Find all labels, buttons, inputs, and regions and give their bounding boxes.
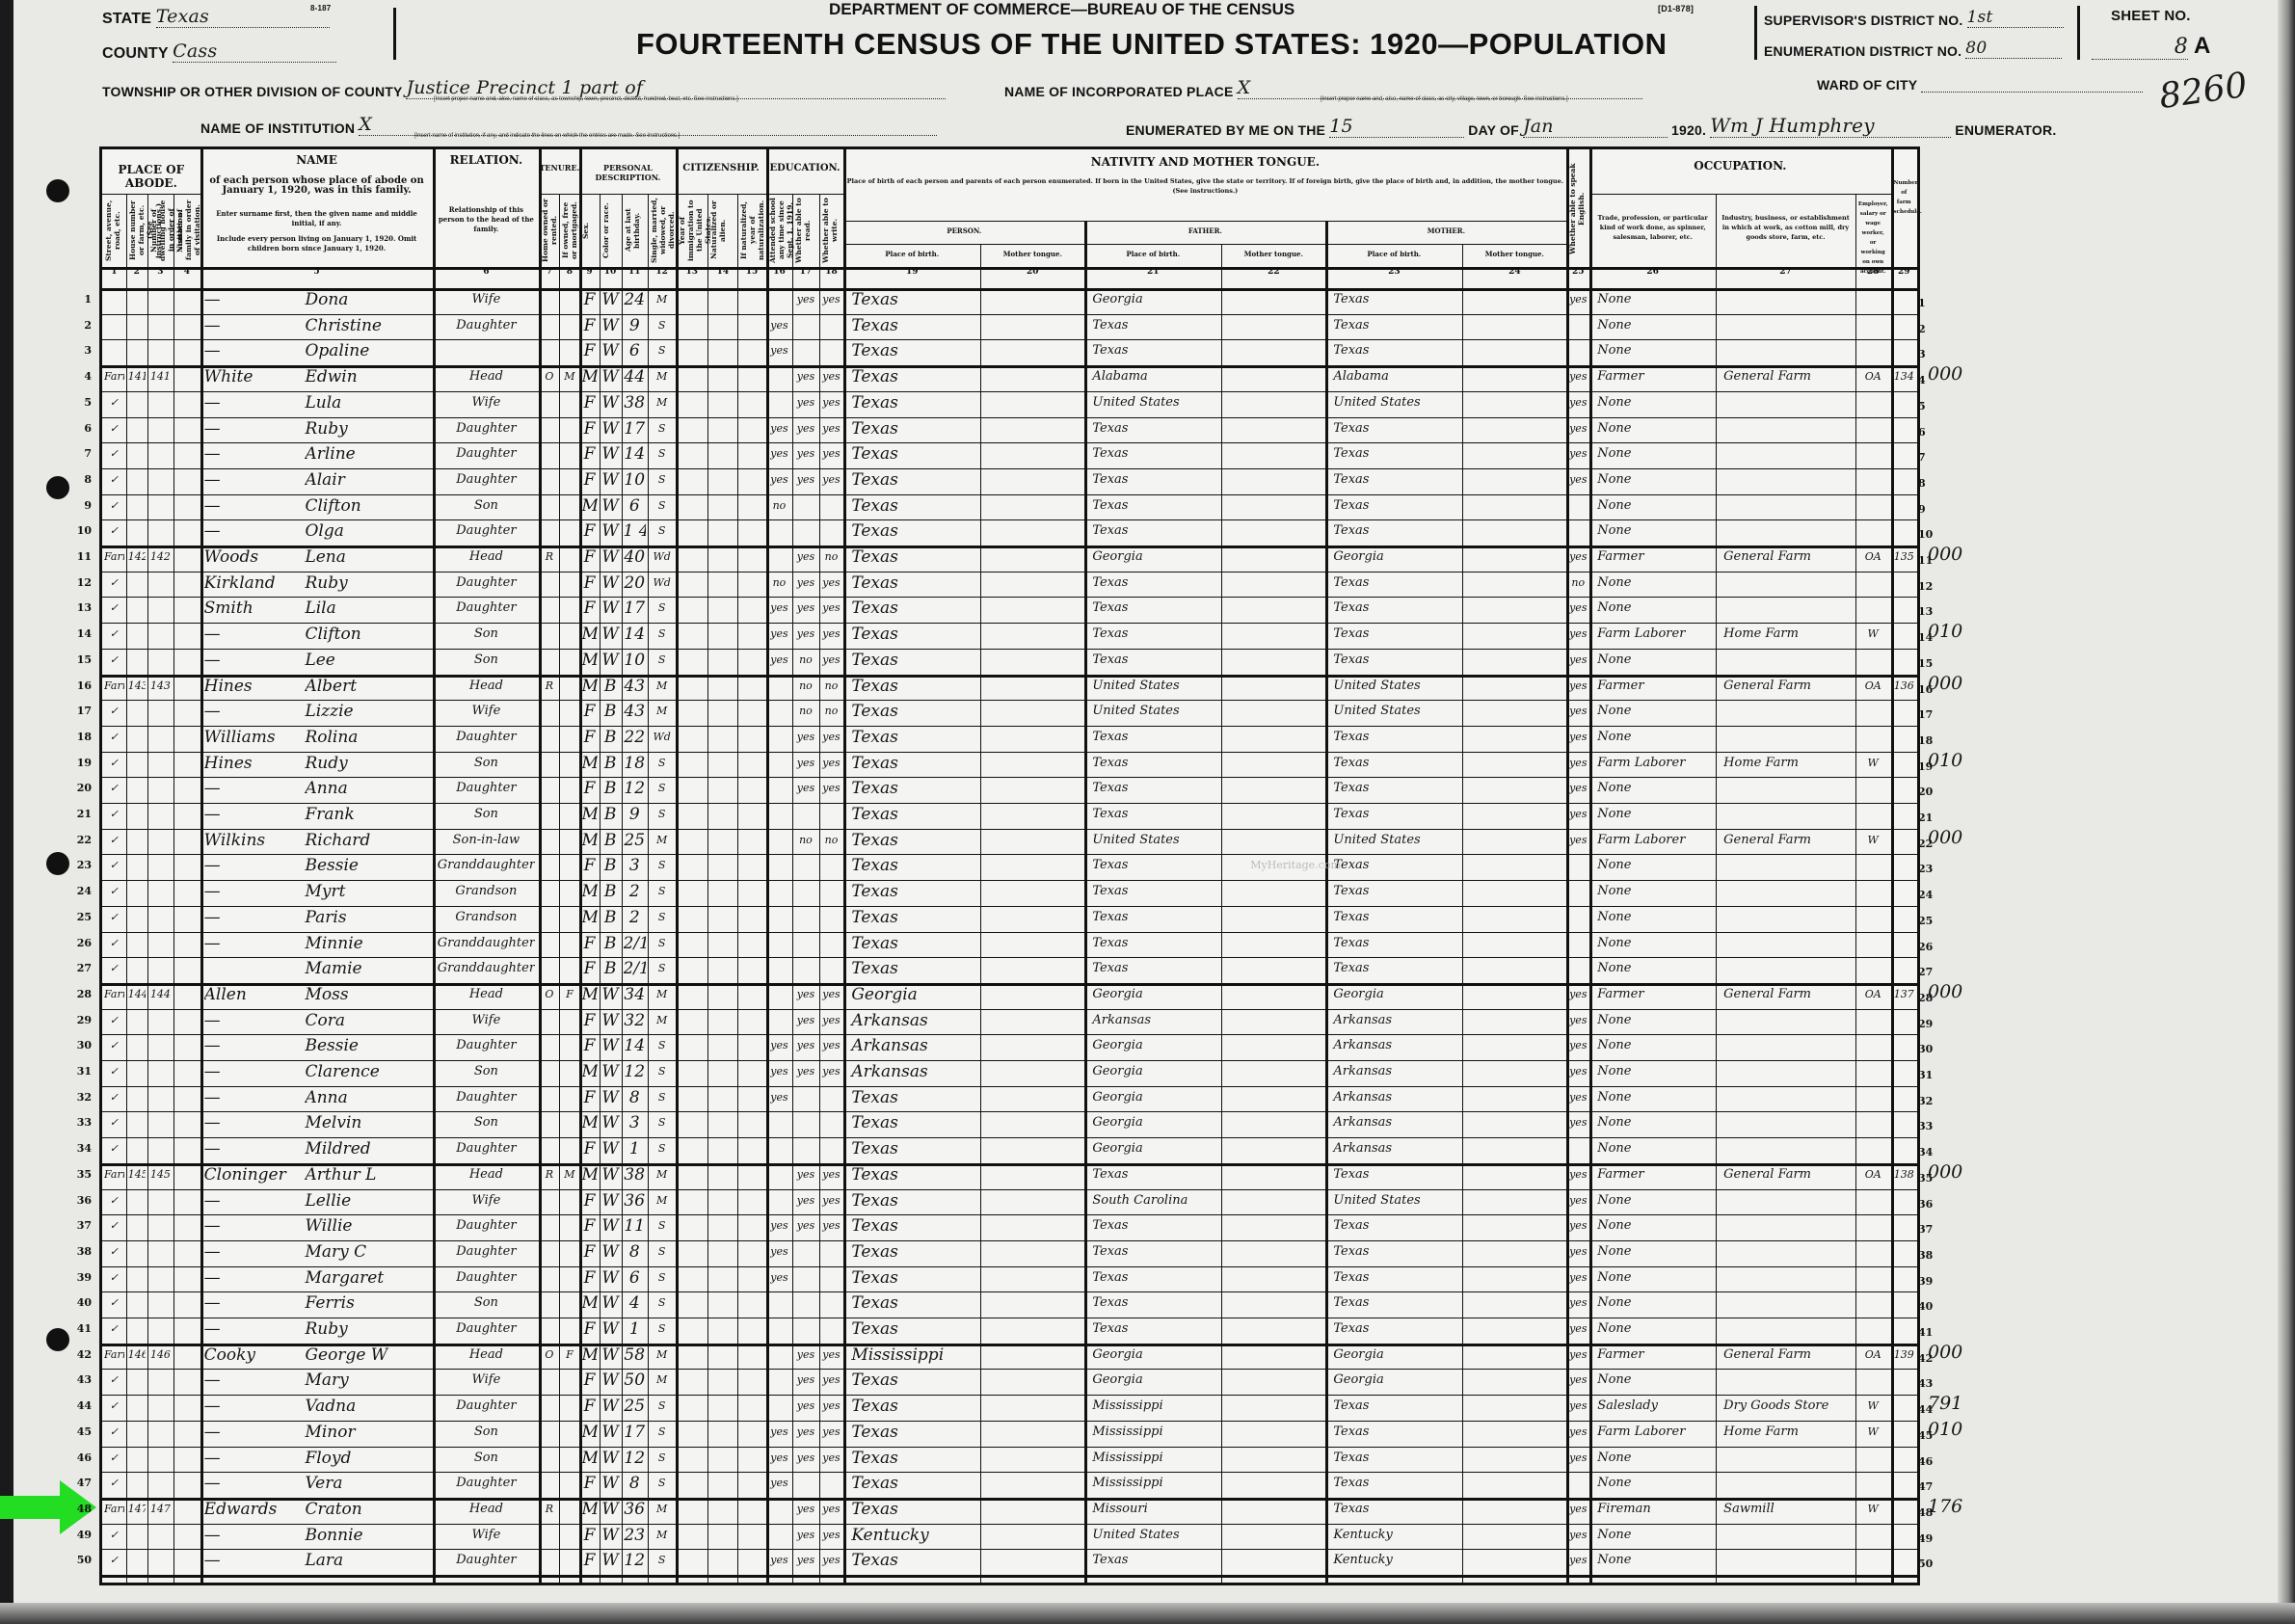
cell-write — [821, 1086, 842, 1112]
cell-class — [1857, 597, 1889, 623]
cell-street: ✓ — [104, 519, 124, 546]
cell-father-birth: Texas — [1086, 494, 1225, 520]
cell-farm: 135 — [1893, 546, 1915, 572]
cell-street: Farm — [104, 675, 124, 701]
cell-trade: None — [1591, 1086, 1720, 1112]
cell-dwelling — [149, 597, 172, 623]
cell-mother-birth: Texas — [1327, 777, 1466, 803]
cell-english: yes — [1568, 777, 1588, 803]
cell-relation: Daughter — [437, 1214, 535, 1240]
cell-trade: None — [1591, 803, 1720, 829]
cell-house — [128, 1549, 146, 1575]
enumerated-label: ENUMERATED BY ME ON THE — [1126, 122, 1325, 138]
cell-class — [1857, 777, 1889, 803]
cell-given-name: Floyd — [305, 1447, 429, 1473]
cell-sex: F — [581, 288, 597, 314]
cell-mort — [561, 1240, 577, 1266]
cell-read: yes — [794, 288, 816, 314]
line-number: 5 — [70, 396, 92, 409]
cell-birth: Texas — [845, 957, 984, 983]
cell-given-name: Rolina — [305, 726, 429, 752]
cell-mort — [561, 854, 577, 880]
cell-industry — [1718, 339, 1859, 365]
cell-house — [128, 597, 146, 623]
cell-relation: Wife — [437, 288, 535, 314]
column-number: 28 — [1855, 267, 1891, 286]
cell-school — [768, 675, 790, 701]
cell-class — [1857, 417, 1889, 443]
cell-dwelling — [149, 1034, 172, 1060]
line-number: 6 — [1918, 426, 1939, 439]
cell-dwelling — [149, 1395, 172, 1421]
cell-surname: — — [204, 1111, 303, 1137]
cell-write — [821, 803, 842, 829]
cell-house — [128, 829, 146, 855]
cell-relation: Head — [437, 983, 535, 1009]
cell-given-name: Lena — [305, 546, 429, 572]
coding-mark: 000 — [1928, 362, 1962, 386]
table-row: ✓FW8SyesTexasMississippiTexasNone—VeraDa… — [102, 1472, 1917, 1498]
cell-surname: — — [204, 623, 303, 649]
cell-read: yes — [794, 597, 816, 623]
cell-industry — [1718, 1189, 1859, 1215]
table-row: Farm144144OFMW34MyesyesGeorgiaGeorgiaGeo… — [102, 983, 1917, 1009]
cell-age: 38 — [624, 1163, 646, 1189]
cell-write: yes — [821, 1421, 842, 1447]
cell-farm — [1893, 700, 1915, 726]
cell-dwelling — [149, 880, 172, 906]
cell-school — [768, 391, 790, 417]
cell-given-name: Bonnie — [305, 1524, 429, 1550]
cell-street: ✓ — [104, 468, 124, 494]
cell-farm — [1893, 1395, 1915, 1421]
cell-relation: Son — [437, 623, 535, 649]
cell-english — [1568, 880, 1588, 906]
cell-write — [821, 1291, 842, 1318]
cell-school — [768, 932, 790, 958]
table-row: ✓FW17SyesyesyesTexasTexasTexasyesNoneSmi… — [102, 597, 1917, 623]
line-number: 43 — [70, 1373, 92, 1386]
cell-school: yes — [768, 468, 790, 494]
table-row: ✓FW50MyesyesTexasGeorgiaGeorgiayesNone—M… — [102, 1369, 1917, 1395]
cell-sex: M — [581, 1163, 597, 1189]
cell-surname: — — [204, 1472, 303, 1498]
cell-age: 3 — [624, 1111, 646, 1137]
cell-mother-birth: Texas — [1327, 1240, 1466, 1266]
cell-own — [541, 1447, 557, 1473]
cell-father-birth: Mississippi — [1086, 1421, 1225, 1447]
line-number: 34 — [1918, 1146, 1939, 1158]
cell-farm — [1893, 1447, 1915, 1473]
cell-write: yes — [821, 1034, 842, 1060]
cell-mother-birth: Arkansas — [1327, 1060, 1466, 1086]
cell-trade: None — [1591, 700, 1720, 726]
cell-english: yes — [1568, 546, 1588, 572]
cell-class — [1857, 468, 1889, 494]
cell-house: 143 — [128, 675, 146, 701]
line-number: 17 — [70, 705, 92, 717]
line-number: 49 — [70, 1529, 92, 1541]
line-number: 21 — [70, 808, 92, 820]
cell-industry — [1718, 1086, 1859, 1112]
cell-mother-birth: Texas — [1327, 932, 1466, 958]
header-vertical-c13: Year of immigration to the United States… — [678, 198, 706, 263]
cell-trade: None — [1591, 1291, 1720, 1318]
cell-race: B — [601, 752, 620, 778]
cell-own: R — [541, 546, 557, 572]
cell-dwelling — [149, 700, 172, 726]
enumerator-name: Wm J Humphrey — [1710, 114, 1951, 138]
coding-mark: 010 — [1928, 749, 1962, 772]
cell-farm — [1893, 1318, 1915, 1344]
cell-birth: Texas — [845, 468, 984, 494]
cell-mother-birth: Texas — [1327, 957, 1466, 983]
cell-school — [768, 1137, 790, 1163]
cell-street — [104, 314, 124, 340]
cell-mort — [561, 519, 577, 546]
line-number: 30 — [70, 1039, 92, 1052]
sheet-field: 8 A — [2092, 33, 2211, 60]
cell-marital: M — [650, 288, 674, 314]
cell-given-name: Opaline — [305, 339, 429, 365]
cell-industry — [1718, 519, 1859, 546]
header-personal-description: PERSONAL DESCRIPTION. — [579, 163, 676, 182]
cell-street: ✓ — [104, 1472, 124, 1498]
cell-english: yes — [1568, 1318, 1588, 1344]
cell-relation: Daughter — [437, 1318, 535, 1344]
cell-given-name: Willie — [305, 1214, 429, 1240]
table-row: ✓MW12SyesyesyesTexasMississippiTexasyesN… — [102, 1447, 1917, 1473]
cell-write — [821, 1472, 842, 1498]
cell-marital: S — [650, 1472, 674, 1498]
cell-mother-birth: Texas — [1327, 1214, 1466, 1240]
header-vertical-c25: Whether able to speak English. — [1568, 155, 1588, 263]
cell-sex: F — [581, 957, 597, 983]
cell-age: 17 — [624, 1421, 646, 1447]
enumerated-month: Jan — [1523, 116, 1668, 138]
coding-mark: 176 — [1928, 1495, 1962, 1518]
cell-class — [1857, 1189, 1889, 1215]
cell-own — [541, 1549, 557, 1575]
cell-write — [821, 880, 842, 906]
cell-marital: S — [650, 1240, 674, 1266]
cell-farm — [1893, 442, 1915, 468]
header-divider — [1589, 194, 1890, 195]
cell-mort — [561, 649, 577, 675]
cell-write: no — [821, 700, 842, 726]
cell-father-birth: Texas — [1086, 906, 1225, 932]
cell-english: yes — [1568, 1344, 1588, 1370]
cell-read: yes — [794, 1524, 816, 1550]
cell-dwelling: 142 — [149, 546, 172, 572]
cell-marital: S — [650, 777, 674, 803]
cell-dwelling — [149, 1421, 172, 1447]
header-vertical-c18: Whether able to write. — [821, 198, 842, 263]
line-number: 20 — [70, 782, 92, 794]
cell-farm — [1893, 752, 1915, 778]
cell-birth: Arkansas — [845, 1009, 984, 1035]
cell-school: yes — [768, 1240, 790, 1266]
cell-marital: S — [650, 1034, 674, 1060]
cell-relation: Son — [437, 1291, 535, 1318]
table-row: ✓FB12SyesyesTexasTexasTexasyesNone—AnnaD… — [102, 777, 1917, 803]
cell-industry — [1718, 803, 1859, 829]
cell-write — [821, 1137, 842, 1163]
cell-father-birth: Texas — [1086, 314, 1225, 340]
cell-school: yes — [768, 649, 790, 675]
cell-father-birth: Texas — [1086, 597, 1225, 623]
cell-sex: M — [581, 829, 597, 855]
cell-birth: Texas — [845, 1240, 984, 1266]
line-number: 25 — [70, 911, 92, 923]
cell-surname: — — [204, 1549, 303, 1575]
coding-mark: 000 — [1928, 1341, 1962, 1364]
table-row: ✓FW8SyesTexasGeorgiaArkansasyesNone—Anna… — [102, 1086, 1917, 1112]
cell-read: no — [794, 675, 816, 701]
cell-dwelling: 144 — [149, 983, 172, 1009]
header-vertical-c4: Number of family in order of visitation. — [175, 198, 198, 263]
cell-house — [128, 752, 146, 778]
cell-mort — [561, 1472, 577, 1498]
cell-read: yes — [794, 623, 816, 649]
cell-street — [104, 288, 124, 314]
cell-dwelling — [149, 854, 172, 880]
cell-read: no — [794, 829, 816, 855]
cell-dwelling: 143 — [149, 675, 172, 701]
header-father: FATHER. — [1087, 226, 1322, 236]
column-number: 29 — [1891, 267, 1917, 286]
cell-school — [768, 1163, 790, 1189]
cell-trade: Farmer — [1591, 675, 1720, 701]
cell-trade: None — [1591, 1524, 1720, 1550]
cell-industry — [1718, 1240, 1859, 1266]
header-place-of-abode: PLACE OF ABODE. — [102, 163, 200, 190]
cell-birth: Texas — [845, 1111, 984, 1137]
cell-father-birth: Texas — [1086, 519, 1225, 546]
line-number: 31 — [70, 1065, 92, 1078]
cell-race: B — [601, 932, 620, 958]
cell-birth: Texas — [845, 726, 984, 752]
cell-marital: S — [650, 1447, 674, 1473]
cell-mort — [561, 1137, 577, 1163]
cell-house — [128, 339, 146, 365]
cell-english: yes — [1568, 1291, 1588, 1318]
cell-dwelling — [149, 1291, 172, 1318]
cell-relation: Daughter — [437, 1472, 535, 1498]
cell-age: 34 — [624, 983, 646, 1009]
cell-dwelling — [149, 288, 172, 314]
cell-own — [541, 649, 557, 675]
header-vertical-c12: Single, married, widowed, or divorced. — [650, 198, 674, 263]
cell-sex: M — [581, 1291, 597, 1318]
cell-surname: — — [204, 468, 303, 494]
header-vertical-c2: House number or farm, etc. (See instruct… — [128, 198, 146, 263]
cell-sex: F — [581, 1369, 597, 1395]
cell-race: W — [601, 1549, 620, 1575]
cell-relation: Daughter — [437, 1266, 535, 1292]
cell-class: W — [1857, 1395, 1889, 1421]
cell-relation: Head — [437, 1344, 535, 1370]
cell-mother-birth: Texas — [1327, 752, 1466, 778]
cell-own — [541, 442, 557, 468]
cell-birth: Texas — [845, 417, 984, 443]
column-number: 2 — [126, 267, 147, 286]
cell-write: yes — [821, 468, 842, 494]
cell-trade: None — [1591, 572, 1720, 598]
cell-trade: None — [1591, 957, 1720, 983]
cell-house — [128, 777, 146, 803]
line-number: 46 — [70, 1451, 92, 1464]
column-number: 19 — [843, 267, 980, 286]
cell-age: 14 — [624, 442, 646, 468]
cell-age: 1 — [624, 1318, 646, 1344]
cell-marital: M — [650, 1524, 674, 1550]
cell-mother-birth: United States — [1327, 391, 1466, 417]
cell-street: ✓ — [104, 880, 124, 906]
cell-write — [821, 494, 842, 520]
cell-relation: Daughter — [437, 1034, 535, 1060]
cell-age: 50 — [624, 1369, 646, 1395]
cell-read: yes — [794, 752, 816, 778]
cell-birth: Mississippi — [845, 1344, 984, 1370]
enumerator-label: ENUMERATOR. — [1955, 122, 2056, 138]
cell-father-birth: Texas — [1086, 1318, 1225, 1344]
cell-write — [821, 957, 842, 983]
cell-father-birth: Mississippi — [1086, 1472, 1225, 1498]
cell-trade: Fireman — [1591, 1498, 1720, 1524]
cell-age: 12 — [624, 1447, 646, 1473]
cell-birth: Texas — [845, 391, 984, 417]
cell-dwelling — [149, 623, 172, 649]
cell-race: W — [601, 288, 620, 314]
cell-class: W — [1857, 1421, 1889, 1447]
cell-farm — [1893, 572, 1915, 598]
cell-surname: — — [204, 1189, 303, 1215]
cell-sex: F — [581, 314, 597, 340]
cell-own — [541, 468, 557, 494]
cell-write — [821, 1240, 842, 1266]
cell-marital: Wd — [650, 572, 674, 598]
cell-own — [541, 339, 557, 365]
cell-school — [768, 957, 790, 983]
cell-mother-birth: Texas — [1327, 339, 1466, 365]
table-row: ✓FW8SyesTexasTexasTexasyesNone—Mary CDau… — [102, 1240, 1917, 1266]
column-number: 5 — [200, 267, 434, 286]
cell-own — [541, 391, 557, 417]
cell-street: Farm — [104, 1498, 124, 1524]
line-number: 19 — [70, 757, 92, 769]
cell-given-name: Minnie — [305, 932, 429, 958]
cell-own: R — [541, 675, 557, 701]
cell-race: W — [601, 572, 620, 598]
cell-class — [1857, 442, 1889, 468]
cell-class — [1857, 880, 1889, 906]
cell-own — [541, 1266, 557, 1292]
line-number: 18 — [70, 731, 92, 743]
cell-age: 40 — [624, 546, 646, 572]
line-number: 26 — [1918, 941, 1939, 953]
cell-given-name: Arline — [305, 442, 429, 468]
cell-read: yes — [794, 1549, 816, 1575]
cell-relation: Son — [437, 1060, 535, 1086]
cell-father-birth: Texas — [1086, 339, 1225, 365]
cell-marital: S — [650, 649, 674, 675]
table-row: Farm142142RFW40WdyesnoTexasGeorgiaGeorgi… — [102, 546, 1917, 572]
cell-surname: Smith — [204, 597, 303, 623]
cell-write — [821, 932, 842, 958]
header-trade: Trade, profession, or particular kind of… — [1592, 213, 1713, 242]
cell-english: no — [1568, 572, 1588, 598]
enumerated-day: 15 — [1329, 116, 1464, 138]
line-number: 39 — [1918, 1275, 1939, 1288]
cell-trade: None — [1591, 597, 1720, 623]
cell-age: 12 — [624, 777, 646, 803]
cell-read: yes — [794, 1447, 816, 1473]
cell-house — [128, 880, 146, 906]
cell-father-birth: Mississippi — [1086, 1395, 1225, 1421]
day-of-label: DAY OF — [1468, 122, 1519, 138]
cell-mort: M — [561, 365, 577, 391]
township-label: TOWNSHIP OR OTHER DIVISION OF COUNTY — [102, 84, 402, 99]
cell-relation: Daughter — [437, 1549, 535, 1575]
cell-english: yes — [1568, 1163, 1588, 1189]
cell-class: OA — [1857, 983, 1889, 1009]
cell-street: ✓ — [104, 417, 124, 443]
cell-race: W — [601, 468, 620, 494]
cell-birth: Texas — [845, 288, 984, 314]
cell-sex: M — [581, 675, 597, 701]
cell-marital: S — [650, 1318, 674, 1344]
cell-dwelling — [149, 829, 172, 855]
cell-surname: — — [204, 391, 303, 417]
cell-surname: — — [204, 417, 303, 443]
cell-father-birth: Missouri — [1086, 1498, 1225, 1524]
cell-surname: — — [204, 1318, 303, 1344]
cell-house — [128, 1421, 146, 1447]
cell-surname: Cooky — [204, 1344, 303, 1370]
cell-street: ✓ — [104, 649, 124, 675]
table-row: ✓MW14SyesyesyesTexasTexasTexasyesFarm La… — [102, 623, 1917, 649]
cell-english: yes — [1568, 1086, 1588, 1112]
cell-school — [768, 1395, 790, 1421]
cell-read: yes — [794, 442, 816, 468]
cell-marital: S — [650, 597, 674, 623]
cell-race: W — [601, 1369, 620, 1395]
cell-industry: General Farm — [1718, 829, 1859, 855]
cell-farm — [1893, 1137, 1915, 1163]
cell-school — [768, 1318, 790, 1344]
cell-school — [768, 1189, 790, 1215]
cell-own — [541, 726, 557, 752]
cell-mother-birth: United States — [1327, 675, 1466, 701]
cell-father-birth: Georgia — [1086, 1060, 1225, 1086]
cell-street: ✓ — [104, 623, 124, 649]
cell-sex: M — [581, 803, 597, 829]
cell-given-name: Ruby — [305, 1318, 429, 1344]
cell-class — [1857, 803, 1889, 829]
cell-house — [128, 1291, 146, 1318]
cell-mort — [561, 1421, 577, 1447]
cell-class — [1857, 494, 1889, 520]
line-number: 35 — [70, 1168, 92, 1181]
cell-trade: None — [1591, 417, 1720, 443]
cell-farm — [1893, 854, 1915, 880]
cell-class — [1857, 649, 1889, 675]
table-row: ✓FW32MyesyesArkansasArkansasArkansasyesN… — [102, 1009, 1917, 1035]
line-number: 11 — [70, 550, 92, 563]
cell-father-birth: South Carolina — [1086, 1189, 1225, 1215]
cell-mother-birth: Texas — [1327, 906, 1466, 932]
